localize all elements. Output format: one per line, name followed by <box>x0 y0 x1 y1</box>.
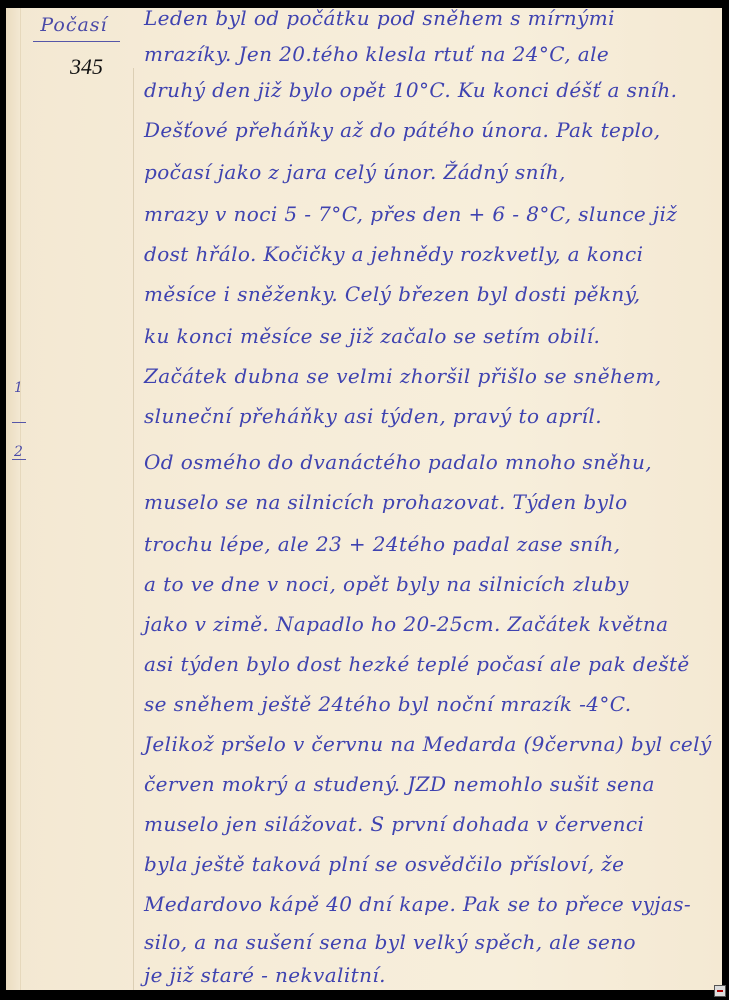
scanned-page: Počasí 345 1 2 Leden byl od počátku pod … <box>6 8 722 990</box>
handwritten-line: jako v zimě. Napadlo ho 20-25cm. Začátek… <box>144 612 669 636</box>
minimize-icon[interactable] <box>714 985 726 997</box>
handwritten-line: Dešťové přeháňky až do pátého února. Pak… <box>144 118 661 142</box>
handwritten-line: Jelikož pršelo v červnu na Medarda (9čer… <box>144 732 712 756</box>
handwritten-line: Od osmého do dvanáctého padalo mnoho sně… <box>144 450 652 474</box>
handwritten-line: Medardovo kápě 40 dní kape. Pak se to př… <box>144 892 691 916</box>
handwritten-line: Začátek dubna se velmi zhoršil přišlo se… <box>144 364 662 388</box>
handwritten-line: a to ve dne v noci, opět byly na silnicí… <box>144 572 629 596</box>
handwritten-line: je již staré - nekvalitní. <box>144 963 386 987</box>
margin-mark-2: 2 <box>14 444 23 460</box>
handwritten-line: dost hřálo. Kočičky a jehnědy rozkvetly,… <box>144 242 643 266</box>
handwritten-line: silo, a na sušení sena byl velký spěch, … <box>144 930 636 954</box>
handwritten-line: asi týden bylo dost hezké teplé počasí a… <box>144 652 690 676</box>
page-binding-edge <box>6 8 21 990</box>
handwritten-line: sluneční přeháňky asi týden, pravý to ap… <box>144 404 602 428</box>
handwritten-line: mrazy v noci 5 - 7°C, přes den + 6 - 8°C… <box>144 202 677 226</box>
margin-rule <box>133 68 134 990</box>
section-label: Počasí <box>34 14 114 36</box>
handwritten-line: druhý den již bylo opět 10°C. Ku konci d… <box>144 78 677 102</box>
handwritten-line: ku konci měsíce se již začalo se setím o… <box>144 324 600 348</box>
handwritten-line: byla ještě taková plní se osvědčilo přís… <box>144 852 624 876</box>
handwritten-line: se sněhem ještě 24tého byl noční mrazík … <box>144 692 632 716</box>
handwritten-line: muselo se na silnicích prohazovat. Týden… <box>144 490 628 514</box>
margin-mark-bar <box>12 422 26 423</box>
handwritten-line: mrazíky. Jen 20.tého klesla rtuť na 24°C… <box>144 42 609 66</box>
handwritten-line: měsíce i sněženky. Celý březen byl dosti… <box>144 282 641 306</box>
handwritten-line: trochu lépe, ale 23 + 24tého padal zase … <box>144 532 621 556</box>
handwritten-line: Leden byl od počátku pod sněhem s mírným… <box>144 8 615 30</box>
margin-mark-1: 1 <box>14 380 23 396</box>
section-underline <box>33 41 120 42</box>
handwritten-line: červen mokrý a studený. JZD nemohlo suši… <box>144 772 655 796</box>
page-number: 345 <box>70 54 103 80</box>
handwritten-line: muselo jen silážovat. S první dohada v č… <box>144 812 644 836</box>
handwritten-line: počasí jako z jara celý únor. Žádný sníh… <box>144 160 566 184</box>
margin-mark-bar <box>12 459 26 460</box>
